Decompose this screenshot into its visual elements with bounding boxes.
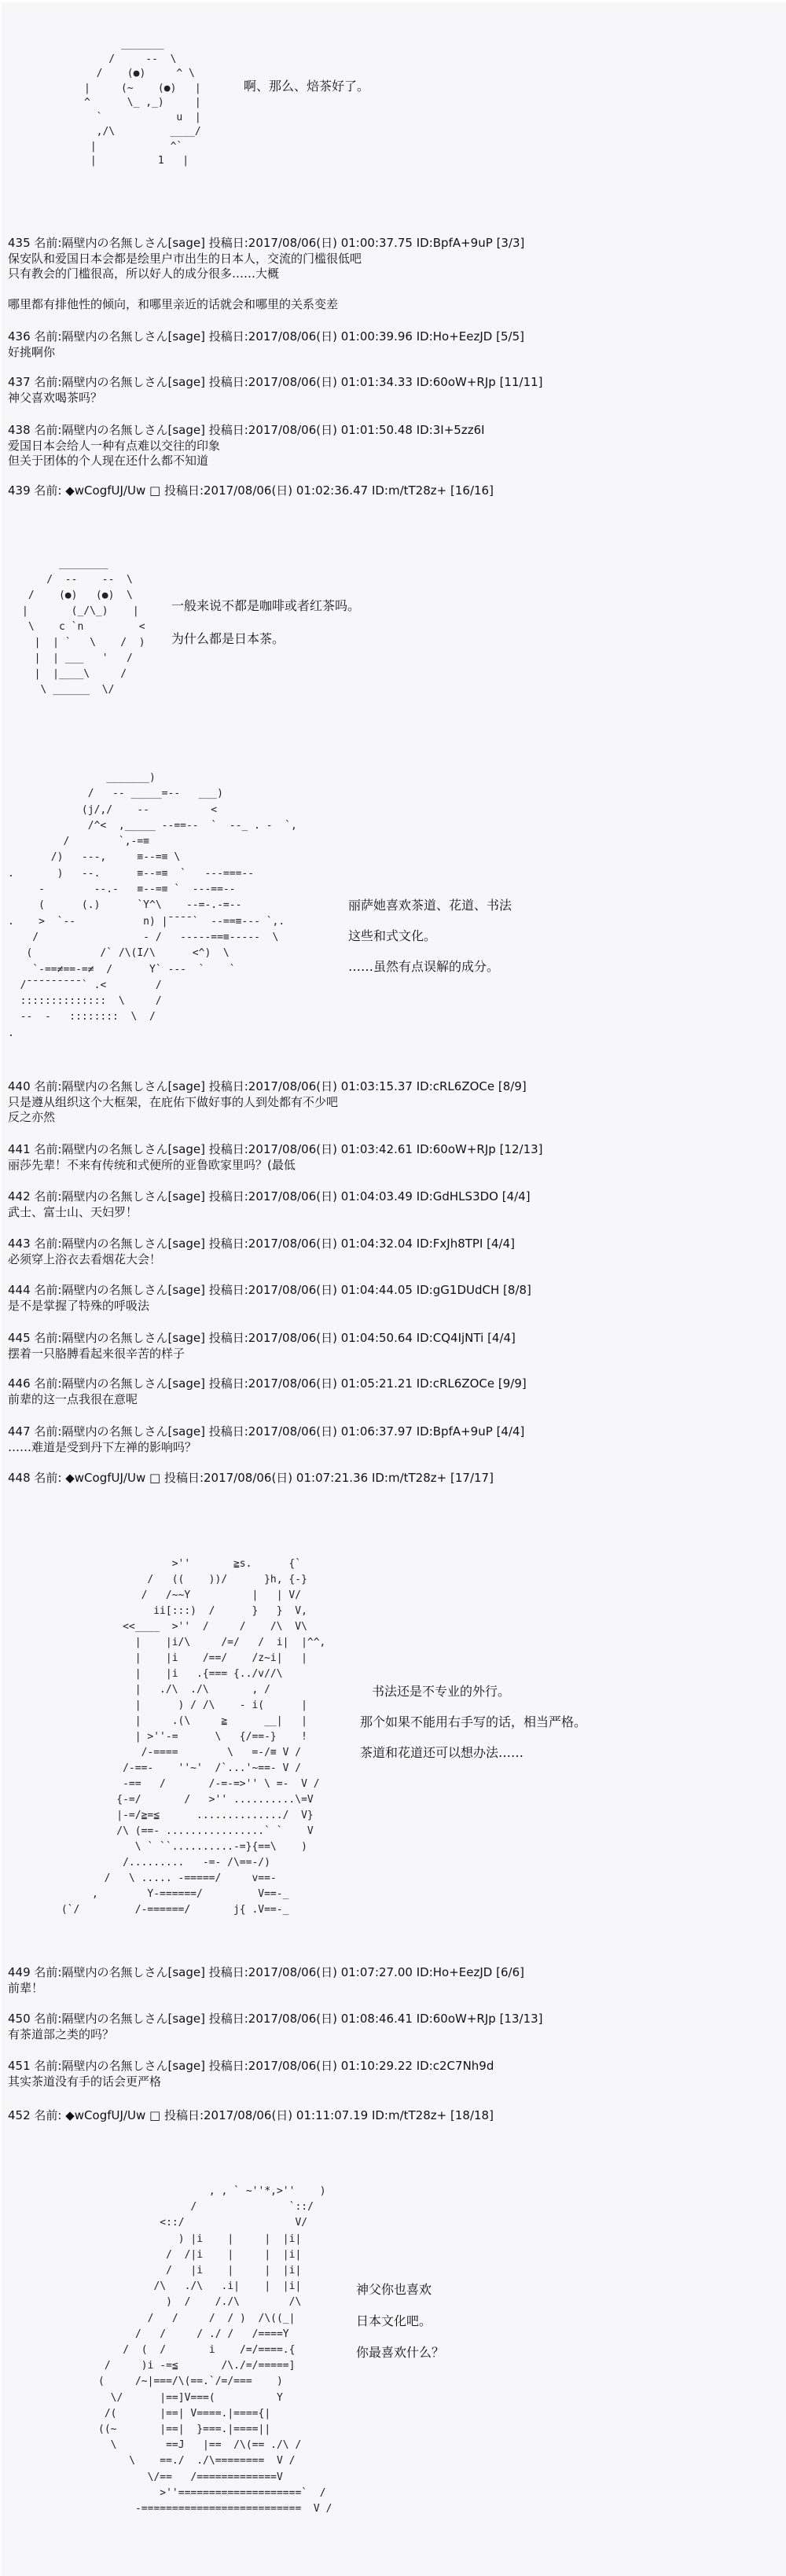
ascii-art-face-2: ________ / -- -- \ / (●) (●) \ | (_/\_) … — [22, 557, 145, 698]
post-442: 442 名前:隔壁内の名無しさん[sage] 投稿日:2017/08/06(日)… — [8, 1189, 531, 1220]
name-label: 名前: — [34, 1965, 61, 1979]
post-count: [11/11] — [500, 375, 543, 389]
posted-label: 投稿日: — [209, 1237, 248, 1251]
poster-name: 隔壁内の名無しさん[sage] — [61, 1142, 204, 1156]
post-445: 445 名前:隔壁内の名無しさん[sage] 投稿日:2017/08/06(日)… — [8, 1331, 516, 1361]
post-header: 444 名前:隔壁内の名無しさん[sage] 投稿日:2017/08/06(日)… — [8, 1283, 531, 1299]
dialogue-line: 啊、那么、焙茶好了。 — [244, 71, 369, 102]
posted-label: 投稿日: — [209, 329, 248, 344]
poster-id: ID:60oW+RJp — [417, 2012, 496, 2026]
post-number: 452 — [8, 2108, 31, 2122]
post-436: 436 名前:隔壁内の名無しさん[sage] 投稿日:2017/08/06(日)… — [8, 329, 524, 360]
post-header: 446 名前:隔壁内の名無しさん[sage] 投稿日:2017/08/06(日)… — [8, 1376, 527, 1392]
poster-name: 隔壁内の名無しさん[sage] — [61, 329, 204, 344]
poster-id: ID:GdHLS3DO — [417, 1189, 498, 1203]
post-number: 451 — [8, 2059, 31, 2073]
post-count: [9/9] — [498, 1376, 527, 1391]
post-435: 435 名前:隔壁内の名無しさん[sage] 投稿日:2017/08/06(日)… — [8, 236, 524, 313]
post-count: [18/18] — [450, 2108, 494, 2122]
post-body: 必须穿上浴衣去看烟花大会！ — [8, 1252, 515, 1268]
post-count: [12/13] — [500, 1142, 543, 1156]
poster-id: ID:BpfA+9uP — [417, 236, 493, 250]
post-438: 438 名前:隔壁内の名無しさん[sage] 投稿日:2017/08/06(日)… — [8, 423, 485, 469]
post-datetime: 2017/08/06(日) 01:01:50.48 — [248, 423, 413, 437]
dialogue-line: 你最喜欢什么？ — [356, 2337, 444, 2368]
dialogue-line: 那个如果不能用右手写的话，相当严格。 — [360, 1707, 586, 1737]
name-label: 名前: — [34, 1237, 61, 1251]
poster-id: ID:60oW+RJp — [417, 1142, 496, 1156]
poster-name: 隔壁内の名無しさん[sage] — [61, 1237, 204, 1251]
post-count: [3/3] — [497, 236, 525, 250]
post-count: [6/6] — [496, 1965, 524, 1979]
dialogue-scene-4: 书法还是不专业的外行。 那个如果不能用右手写的话，相当严格。 茶道和花道还可以想… — [360, 1676, 586, 1768]
post-header: 445 名前:隔壁内の名無しさん[sage] 投稿日:2017/08/06(日)… — [8, 1331, 516, 1347]
dialogue-line: 为什么都是日本茶。 — [171, 623, 360, 656]
post-datetime: 2017/08/06(日) 01:01:34.33 — [248, 375, 413, 389]
post-header: 450 名前:隔壁内の名無しさん[sage] 投稿日:2017/08/06(日)… — [8, 2012, 543, 2027]
poster-id: ID:cRL6ZOCe — [417, 1079, 494, 1093]
post-body: 武士、富士山、天妇罗！ — [8, 1205, 531, 1221]
post-body: 爱国日本会给人一种有点难以交往的印象 但关于团体的个人现在还什么都不知道 — [8, 439, 485, 469]
poster-id: ID:cRL6ZOCe — [417, 1376, 494, 1391]
posted-label: 投稿日: — [164, 1471, 204, 1485]
dialogue-line: 丽萨她喜欢茶道、花道、书法 — [348, 890, 512, 921]
ascii-art-priest: , , ` ~''*,>'' ) / `::/ <::/ V/ ) |i | |… — [98, 2184, 332, 2517]
poster-name: 隔壁内の名無しさん[sage] — [61, 1283, 204, 1297]
name-label: 名前: — [34, 236, 61, 250]
post-number: 439 — [8, 483, 31, 498]
post-number: 441 — [8, 1142, 31, 1156]
poster-name: 隔壁内の名無しさん[sage] — [61, 1965, 204, 1979]
poster-id: ID:3I+5zz6I — [417, 423, 485, 437]
poster-id: ID:BpfA+9uP — [417, 1424, 493, 1439]
poster-id: ID:Ho+EezJD — [417, 329, 493, 344]
post-number: 445 — [8, 1331, 31, 1345]
post-header: 435 名前:隔壁内の名無しさん[sage] 投稿日:2017/08/06(日)… — [8, 236, 524, 252]
post-441: 441 名前:隔壁内の名無しさん[sage] 投稿日:2017/08/06(日)… — [8, 1142, 543, 1173]
poster-id: ID:m/tT28z+ — [372, 1471, 446, 1485]
post-number: 438 — [8, 423, 31, 437]
post-439: 439 名前: ◆wCogfUJ/Uw □ 投稿日:2017/08/06(日) … — [8, 483, 494, 499]
post-number: 443 — [8, 1237, 31, 1251]
post-header: 436 名前:隔壁内の名無しさん[sage] 投稿日:2017/08/06(日)… — [8, 329, 524, 345]
poster-id: ID:60oW+RJp — [417, 375, 496, 389]
posted-label: 投稿日: — [209, 2059, 248, 2073]
post-number: 450 — [8, 2012, 31, 2026]
name-label: 名前: — [34, 1283, 61, 1297]
posted-label: 投稿日: — [209, 1189, 248, 1203]
dialogue-scene-2: 一般来说不都是咖啡或者红茶吗。 为什么都是日本茶。 — [171, 590, 360, 656]
post-datetime: 2017/08/06(日) 01:06:37.97 — [248, 1424, 413, 1439]
post-datetime: 2017/08/06(日) 01:04:03.49 — [248, 1189, 413, 1203]
post-datetime: 2017/08/06(日) 01:07:21.36 — [204, 1471, 368, 1485]
poster-name: 隔壁内の名無しさん[sage] — [61, 1189, 204, 1203]
post-count: [8/8] — [503, 1283, 531, 1297]
post-number: 449 — [8, 1965, 31, 1979]
post-count: [16/16] — [450, 483, 494, 498]
posted-label: 投稿日: — [209, 1424, 248, 1439]
posted-label: 投稿日: — [209, 1965, 248, 1979]
poster-name: 隔壁内の名無しさん[sage] — [61, 1424, 204, 1439]
dialogue-scene-5: 神父你也喜欢 日本文化吧。 你最喜欢什么？ — [356, 2274, 444, 2368]
poster-name: 隔壁内の名無しさん[sage] — [61, 236, 204, 250]
post-count: [4/4] — [502, 1189, 531, 1203]
post-datetime: 2017/08/06(日) 01:04:50.64 — [248, 1331, 413, 1345]
name-label: 名前: — [34, 1424, 61, 1439]
posted-label: 投稿日: — [164, 2108, 204, 2122]
post-447: 447 名前:隔壁内の名無しさん[sage] 投稿日:2017/08/06(日)… — [8, 1424, 524, 1455]
post-body: 只是遵从组织这个大框架，在庇佑下做好事的人到处都有不少吧 反之亦然 — [8, 1095, 527, 1126]
post-number: 446 — [8, 1376, 31, 1391]
name-label: 名前: — [34, 1471, 61, 1485]
post-body: 好挑啊你 — [8, 345, 524, 361]
poster-name: 隔壁内の名無しさん[sage] — [61, 1331, 204, 1345]
poster-id: ID:CQ4IjNTi — [417, 1331, 484, 1345]
post-437: 437 名前:隔壁内の名無しさん[sage] 投稿日:2017/08/06(日)… — [8, 375, 543, 406]
post-header: 441 名前:隔壁内の名無しさん[sage] 投稿日:2017/08/06(日)… — [8, 1142, 543, 1158]
post-number: 437 — [8, 375, 31, 389]
poster-name: ◆wCogfUJ/Uw □ — [61, 1471, 160, 1485]
name-label: 名前: — [34, 1079, 61, 1093]
poster-name: ◆wCogfUJ/Uw □ — [61, 2108, 160, 2122]
post-header: 451 名前:隔壁内の名無しさん[sage] 投稿日:2017/08/06(日)… — [8, 2059, 494, 2074]
poster-id: ID:c2C7Nh9d — [417, 2059, 494, 2073]
post-number: 440 — [8, 1079, 31, 1093]
dialogue-line: 书法还是不专业的外行。 — [360, 1676, 586, 1707]
post-number: 448 — [8, 1471, 31, 1485]
poster-id: ID:gG1DUdCH — [417, 1283, 500, 1297]
posted-label: 投稿日: — [209, 236, 248, 250]
post-count: [4/4] — [487, 1331, 516, 1345]
dialogue-scene-3: 丽萨她喜欢茶道、花道、书法 这些和式文化。 ……虽然有点误解的成分。 — [348, 890, 512, 982]
dialogue-line: 一般来说不都是咖啡或者红茶吗。 — [171, 590, 360, 623]
dialogue-line: 茶道和花道还可以想办法…… — [360, 1737, 586, 1768]
post-number: 436 — [8, 329, 31, 344]
posted-label: 投稿日: — [209, 423, 248, 437]
post-446: 446 名前:隔壁内の名無しさん[sage] 投稿日:2017/08/06(日)… — [8, 1376, 527, 1407]
post-443: 443 名前:隔壁内の名無しさん[sage] 投稿日:2017/08/06(日)… — [8, 1237, 515, 1267]
poster-name: 隔壁内の名無しさん[sage] — [61, 423, 204, 437]
post-datetime: 2017/08/06(日) 01:00:37.75 — [248, 236, 413, 250]
poster-id: ID:m/tT28z+ — [372, 2108, 446, 2122]
post-datetime: 2017/08/06(日) 01:05:21.21 — [248, 1376, 413, 1391]
posted-label: 投稿日: — [209, 1331, 248, 1345]
ascii-art-figure-brush: >'' ≧s. {` / (( ))/ }h, {-} / /~~Y | | V… — [55, 1556, 325, 1918]
post-header: 447 名前:隔壁内の名無しさん[sage] 投稿日:2017/08/06(日)… — [8, 1424, 524, 1440]
post-header: 448 名前: ◆wCogfUJ/Uw □ 投稿日:2017/08/06(日) … — [8, 1471, 494, 1486]
post-number: 435 — [8, 236, 31, 250]
manga-page: _______ / -- \ / (●) ^ \ | (~ (●) | ^ \_… — [0, 0, 786, 2576]
ascii-art-girl: _______) / -- _____=-- ___) (j/,/ -- < /… — [8, 770, 297, 1042]
post-count: [13/13] — [500, 2012, 543, 2026]
post-datetime: 2017/08/06(日) 01:00:39.96 — [248, 329, 413, 344]
dialogue-scene-1: 啊、那么、焙茶好了。 — [244, 71, 369, 102]
poster-name: 隔壁内の名無しさん[sage] — [61, 1376, 204, 1391]
posted-label: 投稿日: — [209, 1283, 248, 1297]
name-label: 名前: — [34, 375, 61, 389]
name-label: 名前: — [34, 1189, 61, 1203]
post-header: 437 名前:隔壁内の名無しさん[sage] 投稿日:2017/08/06(日)… — [8, 375, 543, 391]
post-header: 438 名前:隔壁内の名無しさん[sage] 投稿日:2017/08/06(日)… — [8, 423, 485, 439]
post-datetime: 2017/08/06(日) 01:04:44.05 — [248, 1283, 413, 1297]
posted-label: 投稿日: — [209, 1142, 248, 1156]
post-count: [8/9] — [498, 1079, 527, 1093]
poster-id: ID:Ho+EezJD — [417, 1965, 493, 1979]
post-header: 452 名前: ◆wCogfUJ/Uw □ 投稿日:2017/08/06(日) … — [8, 2108, 494, 2124]
posted-label: 投稿日: — [164, 483, 204, 498]
post-body: 保安队和爱国日本会都是绘里户市出生的日本人，交流的门槛很低吧 只有教会的门槛很高… — [8, 252, 524, 313]
posted-label: 投稿日: — [209, 2012, 248, 2026]
post-450: 450 名前:隔壁内の名無しさん[sage] 投稿日:2017/08/06(日)… — [8, 2012, 543, 2042]
poster-id: ID:m/tT28z+ — [372, 483, 446, 498]
post-body: 是不是掌握了特殊的呼吸法 — [8, 1299, 531, 1314]
name-label: 名前: — [34, 483, 61, 498]
dialogue-line: 日本文化吧。 — [356, 2306, 444, 2337]
post-header: 449 名前:隔壁内の名無しさん[sage] 投稿日:2017/08/06(日)… — [8, 1965, 524, 1981]
post-count: [4/4] — [487, 1237, 515, 1251]
dialogue-line: ……虽然有点误解的成分。 — [348, 951, 512, 982]
post-header: 439 名前: ◆wCogfUJ/Uw □ 投稿日:2017/08/06(日) … — [8, 483, 494, 499]
post-datetime: 2017/08/06(日) 01:04:32.04 — [248, 1237, 413, 1251]
post-header: 442 名前:隔壁内の名無しさん[sage] 投稿日:2017/08/06(日)… — [8, 1189, 531, 1205]
post-number: 447 — [8, 1424, 31, 1439]
post-body: 其实茶道没有手的话会更严格 — [8, 2074, 494, 2090]
post-451: 451 名前:隔壁内の名無しさん[sage] 投稿日:2017/08/06(日)… — [8, 2059, 494, 2089]
post-body: 前辈的这一点我很在意呢 — [8, 1392, 527, 1408]
post-count: [4/4] — [497, 1424, 525, 1439]
name-label: 名前: — [34, 2059, 61, 2073]
post-452: 452 名前: ◆wCogfUJ/Uw □ 投稿日:2017/08/06(日) … — [8, 2108, 494, 2124]
post-body: ……难道是受到丹下左禅的影响吗？ — [8, 1440, 524, 1456]
dialogue-line: 这些和式文化。 — [348, 921, 512, 951]
name-label: 名前: — [34, 329, 61, 344]
post-body: 丽莎先辈！不来有传统和式便所的亚鲁欧家里吗？(最低 — [8, 1158, 543, 1174]
post-datetime: 2017/08/06(日) 01:11:07.19 — [204, 2108, 368, 2122]
poster-name: ◆wCogfUJ/Uw □ — [61, 483, 160, 498]
post-body: 有茶道部之类的吗？ — [8, 2027, 543, 2043]
post-count: [17/17] — [450, 1471, 494, 1485]
post-number: 442 — [8, 1189, 31, 1203]
post-440: 440 名前:隔壁内の名無しさん[sage] 投稿日:2017/08/06(日)… — [8, 1079, 527, 1126]
post-number: 444 — [8, 1283, 31, 1297]
poster-name: 隔壁内の名無しさん[sage] — [61, 2012, 204, 2026]
poster-name: 隔壁内の名無しさん[sage] — [61, 375, 204, 389]
post-body: 前辈！ — [8, 1981, 524, 1997]
name-label: 名前: — [34, 2012, 61, 2026]
posted-label: 投稿日: — [209, 375, 248, 389]
poster-name: 隔壁内の名無しさん[sage] — [61, 1079, 204, 1093]
poster-name: 隔壁内の名無しさん[sage] — [61, 2059, 204, 2073]
posted-label: 投稿日: — [209, 1376, 248, 1391]
post-count: [5/5] — [496, 329, 524, 344]
post-header: 443 名前:隔壁内の名無しさん[sage] 投稿日:2017/08/06(日)… — [8, 1237, 515, 1252]
post-header: 440 名前:隔壁内の名無しさん[sage] 投稿日:2017/08/06(日)… — [8, 1079, 527, 1095]
post-datetime: 2017/08/06(日) 01:03:42.61 — [248, 1142, 413, 1156]
name-label: 名前: — [34, 1376, 61, 1391]
post-body: 神父喜欢喝茶吗？ — [8, 391, 543, 406]
ascii-art-face-1: _______ / -- \ / (●) ^ \ | (~ (●) | ^ \_… — [84, 38, 201, 169]
post-449: 449 名前:隔壁内の名無しさん[sage] 投稿日:2017/08/06(日)… — [8, 1965, 524, 1996]
post-body: 摆着一只胳膊看起来很辛苦的样子 — [8, 1347, 516, 1362]
poster-id: ID:FxJh8TPI — [417, 1237, 483, 1251]
post-datetime: 2017/08/06(日) 01:03:15.37 — [248, 1079, 413, 1093]
post-datetime: 2017/08/06(日) 01:02:36.47 — [204, 483, 368, 498]
name-label: 名前: — [34, 2108, 61, 2122]
post-448: 448 名前: ◆wCogfUJ/Uw □ 投稿日:2017/08/06(日) … — [8, 1471, 494, 1486]
name-label: 名前: — [34, 1142, 61, 1156]
post-datetime: 2017/08/06(日) 01:08:46.41 — [248, 2012, 413, 2026]
name-label: 名前: — [34, 1331, 61, 1345]
post-datetime: 2017/08/06(日) 01:10:29.22 — [248, 2059, 413, 2073]
post-444: 444 名前:隔壁内の名無しさん[sage] 投稿日:2017/08/06(日)… — [8, 1283, 531, 1314]
name-label: 名前: — [34, 423, 61, 437]
posted-label: 投稿日: — [209, 1079, 248, 1093]
post-datetime: 2017/08/06(日) 01:07:27.00 — [248, 1965, 413, 1979]
dialogue-line: 神父你也喜欢 — [356, 2274, 444, 2306]
